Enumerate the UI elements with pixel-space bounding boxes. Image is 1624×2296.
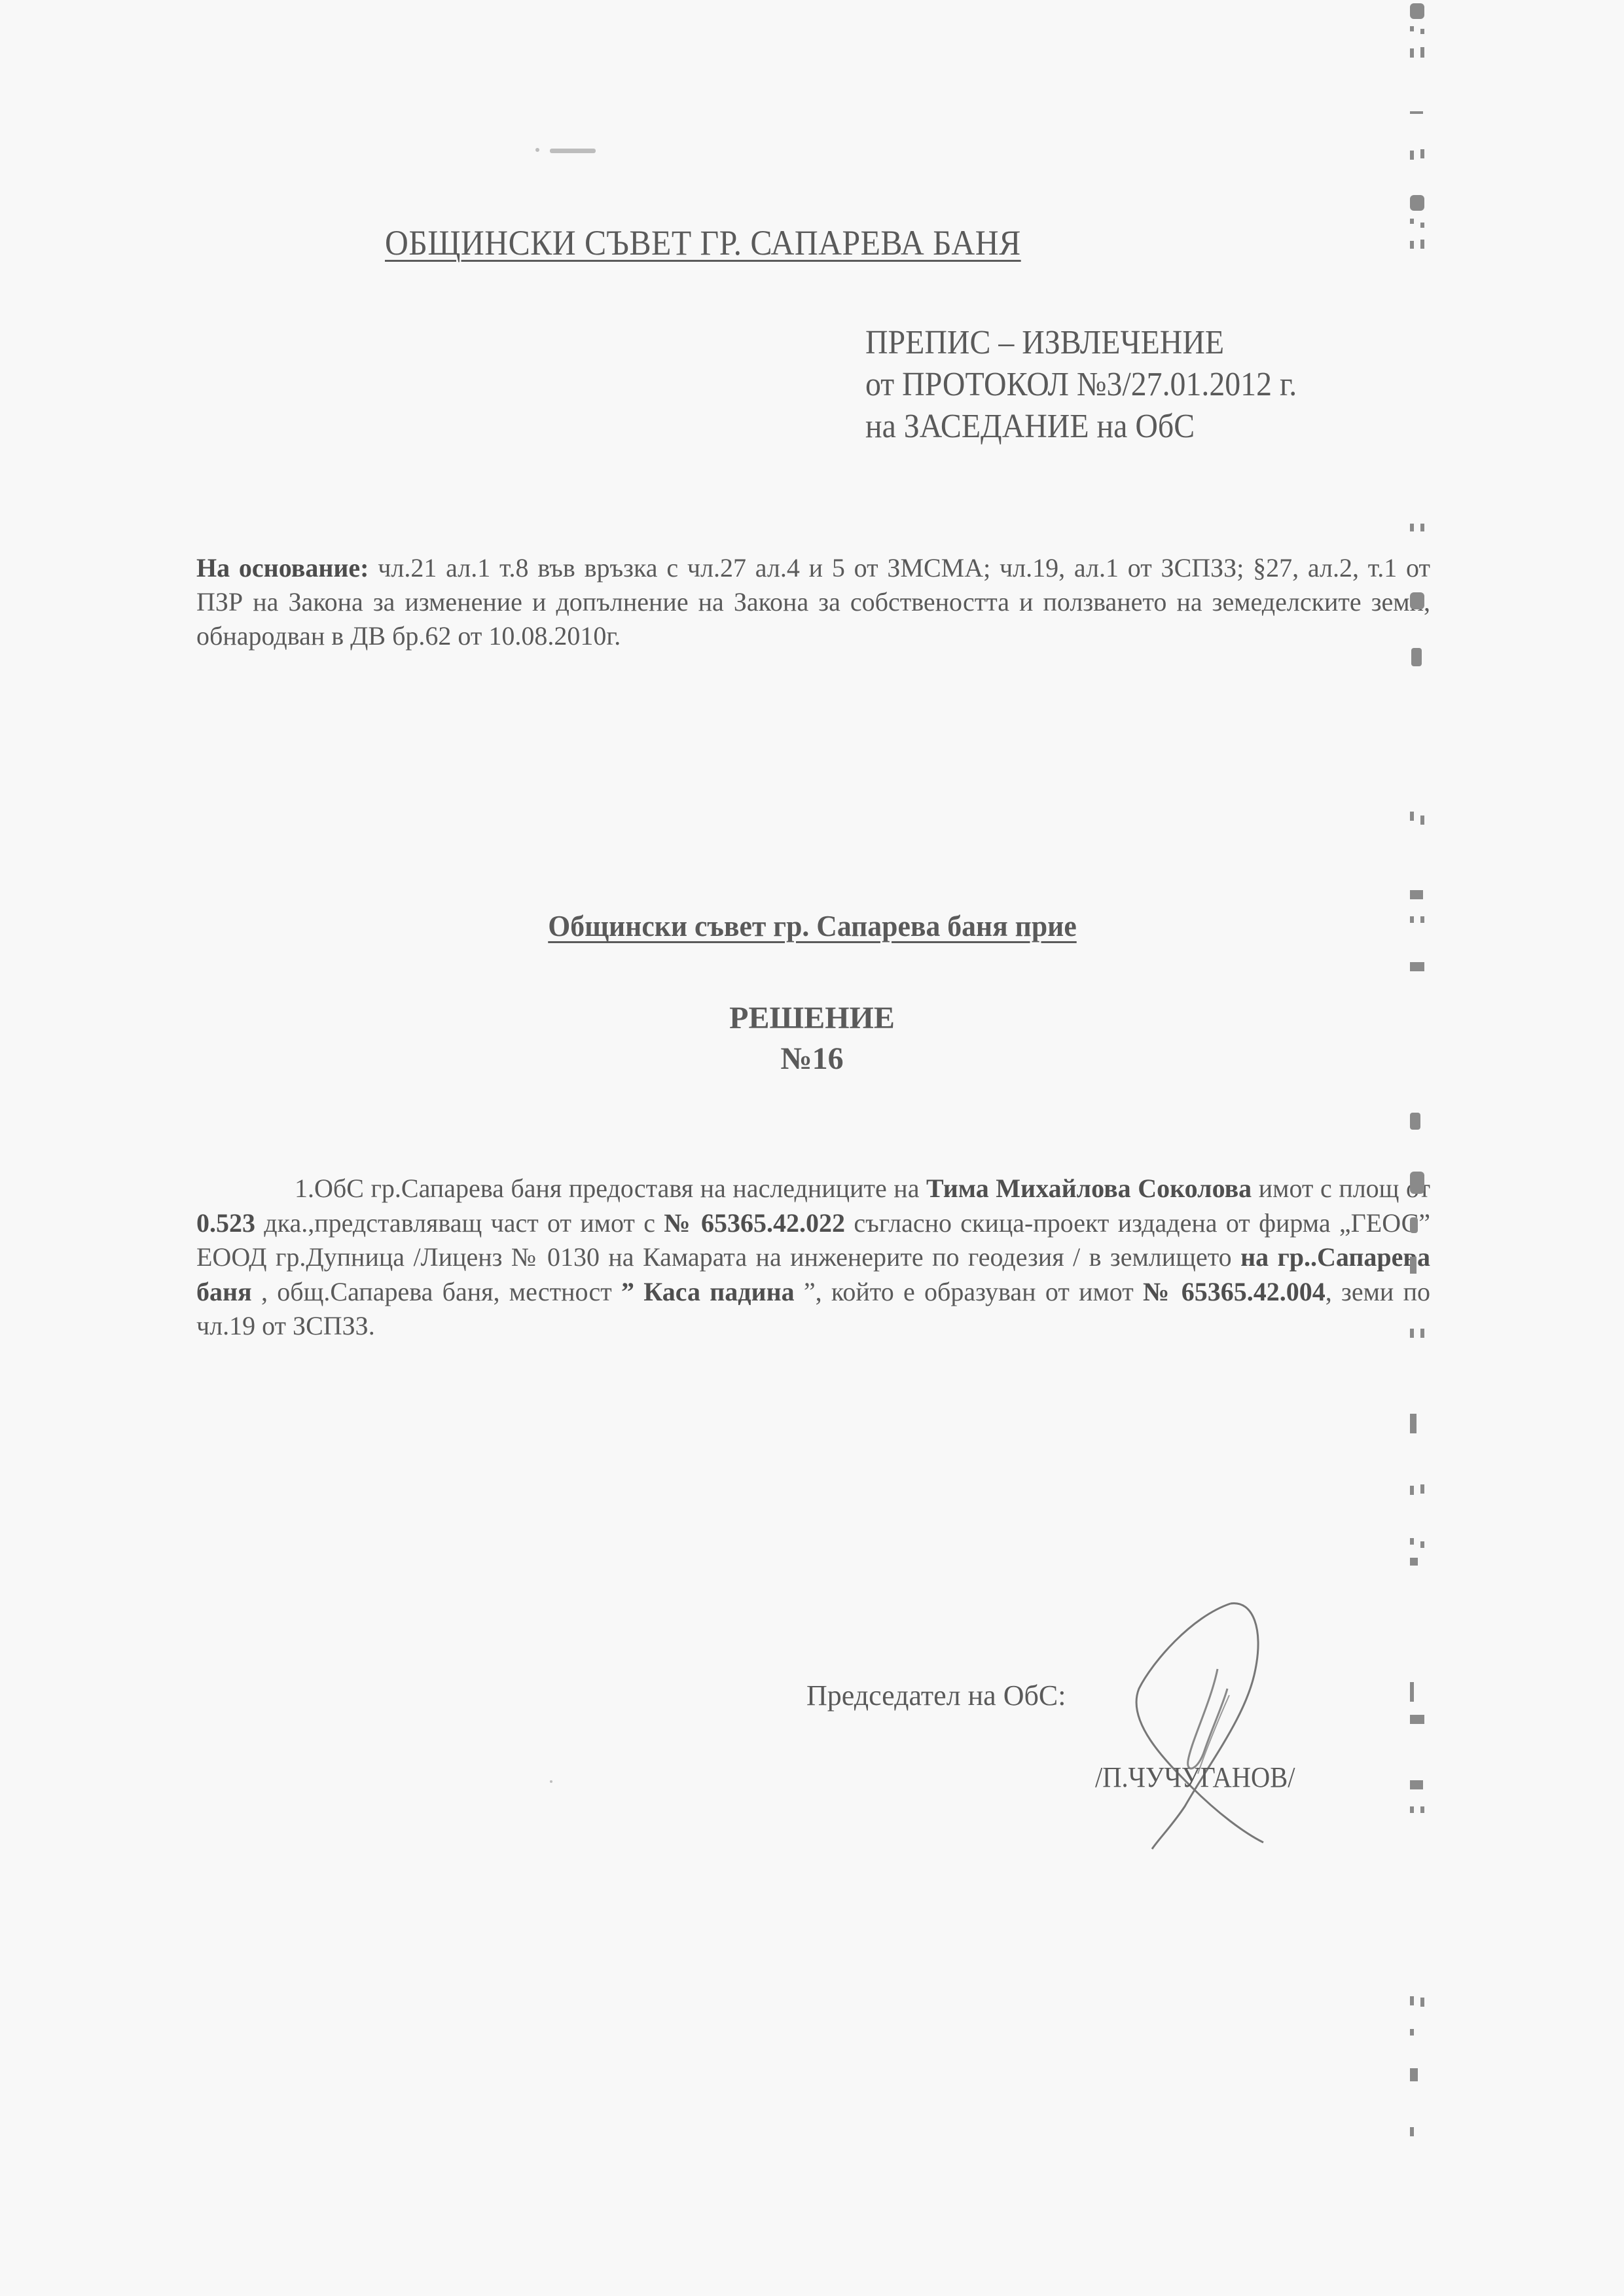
scan-edge-marks xyxy=(1401,0,1440,2296)
scan-speck xyxy=(535,148,539,152)
scan-speck xyxy=(550,149,596,153)
decision-body-paragraph: 1.ОбС гр.Сапарева баня предоставя на нас… xyxy=(196,1172,1430,1344)
protocol-line-3: на ЗАСЕДАНИЕ на ОбС xyxy=(865,406,1297,448)
handwritten-signature xyxy=(1113,1590,1322,1852)
source-property-number: № 65365.42.004 xyxy=(1143,1277,1326,1306)
legal-basis-paragraph: На основание: чл.21 ал.1 т.8 във връзка … xyxy=(196,551,1430,653)
decision-heading: РЕШЕНИЕ №16 xyxy=(0,998,1624,1079)
body-text-5: , общ.Сапарева баня, местност xyxy=(252,1277,621,1306)
protocol-reference: ПРЕПИС – ИЗВЛЕЧЕНИЕ от ПРОТОКОЛ №3/27.01… xyxy=(865,322,1297,448)
protocol-line-1: ПРЕПИС – ИЗВЛЕЧЕНИЕ xyxy=(865,322,1297,364)
adopts-heading-text: Общински съвет гр. Сапарева баня прие xyxy=(548,908,1076,943)
locality-name: ” Каса падина xyxy=(621,1277,804,1306)
body-text-6: ”, който е образуван от имот xyxy=(804,1277,1143,1306)
heir-name: Тима Михайлова Соколова xyxy=(926,1174,1252,1203)
protocol-line-2: от ПРОТОКОЛ №3/27.01.2012 г. xyxy=(865,364,1297,406)
body-text-1: 1.ОбС гр.Сапарева баня предоставя на нас… xyxy=(295,1174,926,1203)
adopts-heading: Общински съвет гр. Сапарева баня прие xyxy=(0,908,1624,943)
body-text-3: дка.,представляващ част от имот с xyxy=(255,1208,664,1238)
council-header: ОБЩИНСКИ СЪВЕТ ГР. САПАРЕВА БАНЯ xyxy=(385,223,1021,263)
decision-title: РЕШЕНИЕ xyxy=(0,998,1624,1039)
chairman-name: /П.ЧУЧУГАНОВ/ xyxy=(1095,1761,1295,1794)
property-number: № 65365.42.022 xyxy=(664,1208,845,1238)
scan-speck xyxy=(550,1780,552,1783)
legal-basis-text: чл.21 ал.1 т.8 във връзка с чл.27 ал.4 и… xyxy=(196,553,1430,651)
property-area: 0.523 xyxy=(196,1208,255,1238)
decision-number: №16 xyxy=(0,1039,1624,1079)
legal-basis-label: На основание: xyxy=(196,553,369,583)
chairman-label: Председател на ОбС: xyxy=(806,1679,1066,1712)
